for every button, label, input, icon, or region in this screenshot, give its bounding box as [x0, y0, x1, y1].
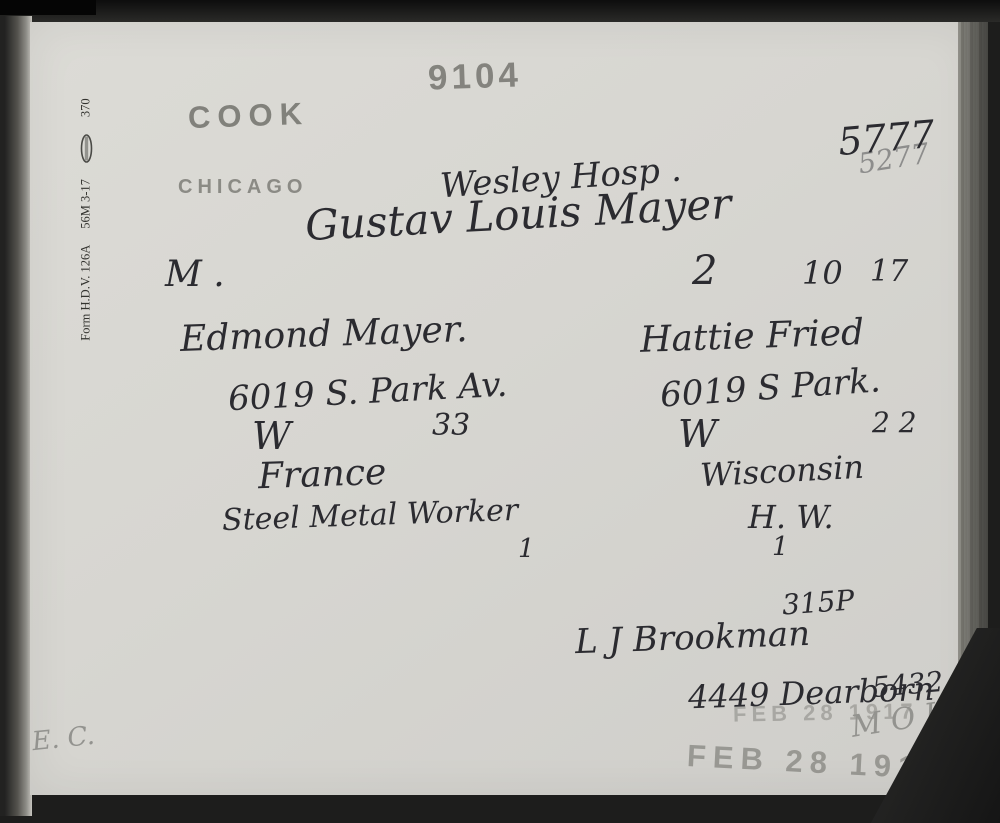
mother-color-value: W [678, 412, 717, 456]
father-color-value: W [252, 414, 291, 458]
mother-age-value: 2 2 [872, 406, 917, 439]
father-birthplace-value: France [257, 452, 387, 497]
scanned-birth-certificate: Form H.D.V. 126A 56M 3-17 370 1. PLACE O… [0, 0, 1000, 823]
union-label-icon [80, 133, 92, 163]
county-stamp: COOK [187, 96, 309, 136]
dob-day-value: 10 [802, 254, 843, 292]
book-binding-edge [958, 22, 988, 668]
dob-year-value: 17 [870, 254, 908, 289]
scan-edge-left [0, 16, 32, 816]
children-born-value: 1 [518, 534, 535, 564]
mother-name-value: Hattie Fried [639, 312, 864, 361]
mother-occupation-value: H. W. [748, 498, 834, 536]
scan-edge-top [0, 0, 1000, 22]
margin-imprint: Form H.D.V. 126A 56M 3-17 370 [79, 70, 94, 370]
scan-edge-top-left [0, 0, 96, 15]
dob-month-value: 2 [692, 248, 717, 294]
father-age-value: 33 [432, 408, 470, 443]
print-code: 56M 3-17 [79, 179, 94, 229]
registration-number-stamp: 9104 [427, 55, 522, 98]
union-number: 370 [79, 98, 94, 117]
form-code: Form H.D.V. 126A [79, 245, 94, 341]
sex-value: M . [165, 254, 225, 295]
children-living-value: 1 [772, 532, 789, 562]
signature-value: L J Brookman [574, 614, 810, 662]
city-stamp: CHICAGO [178, 176, 307, 199]
